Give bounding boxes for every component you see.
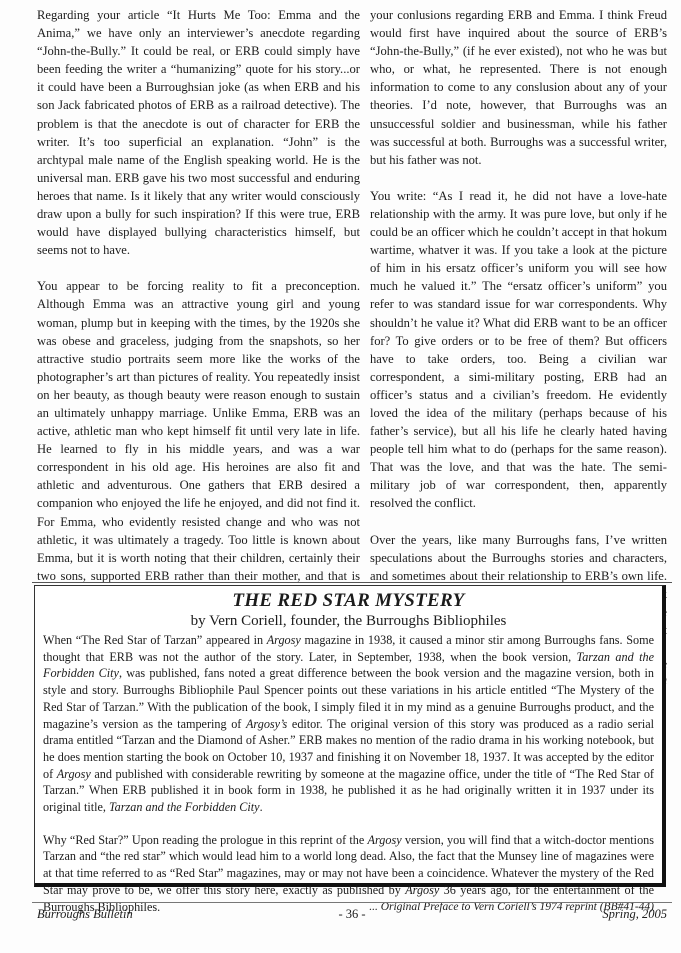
sidebar-paragraph: When “The Red Star of Tarzan” appeared i… (43, 632, 654, 816)
sidebar-box-red-star-mystery: THE RED STAR MYSTERY by Vern Coriell, fo… (34, 585, 666, 887)
page-number: - 36 - (37, 907, 667, 922)
magazine-title: Argosy (368, 833, 402, 847)
letter-paragraph: You appear to be forcing reality to fit … (37, 277, 360, 621)
magazine-title: Argosy’s (246, 717, 287, 731)
magazine-title: Argosy (57, 767, 91, 781)
letter-left-column: Regarding your article “It Hurts Me Too:… (37, 6, 360, 639)
letter-paragraph: You write: “As I read it, he did not hav… (370, 187, 667, 513)
sidebar-byline: by Vern Coriell, founder, the Burroughs … (43, 612, 654, 631)
issue-date: Spring, 2005 (602, 907, 667, 922)
sidebar-title: THE RED STAR MYSTERY (43, 590, 654, 612)
book-title: Tarzan and the Forbidden City (109, 800, 260, 814)
footer-divider (32, 902, 672, 903)
section-divider (32, 582, 672, 583)
letter-paragraph: Regarding your article “It Hurts Me Too:… (37, 6, 360, 259)
magazine-title: Argosy (267, 633, 301, 647)
letter-paragraph: your conlusions regarding ERB and Emma. … (370, 6, 667, 169)
magazine-title: Argosy (405, 883, 439, 897)
page-footer: Burroughs Bulletin - 36 - Spring, 2005 (37, 907, 667, 925)
